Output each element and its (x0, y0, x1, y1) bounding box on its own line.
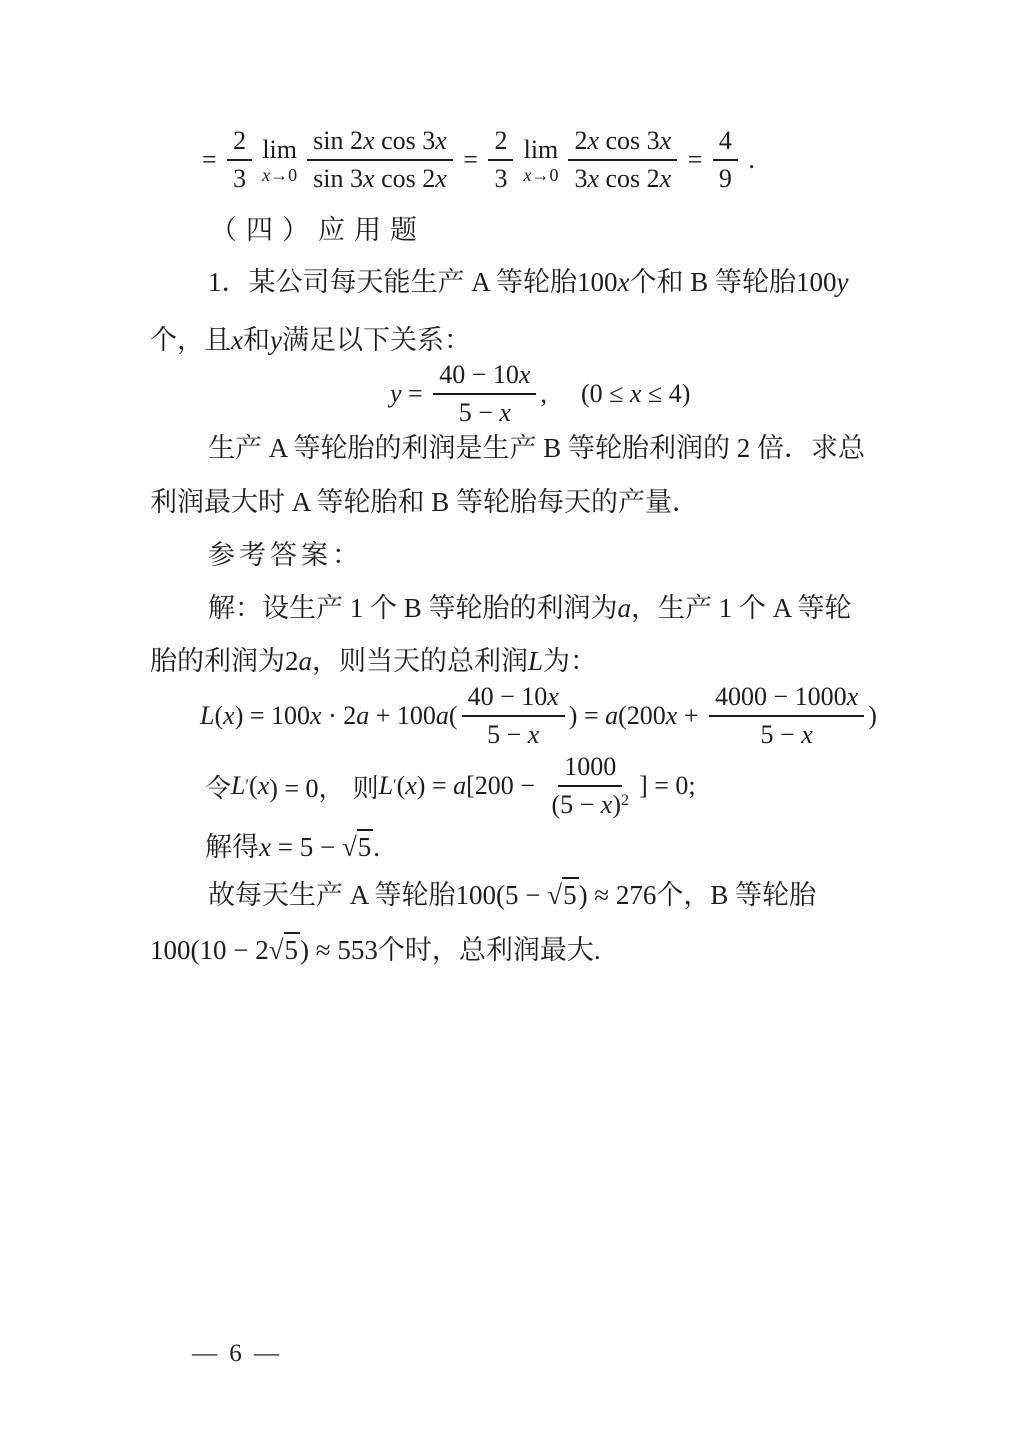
math-variable: a (618, 593, 632, 623)
math-text: 解得 (205, 832, 259, 862)
fraction: 2x cos 3x3x cos 2x (568, 126, 677, 194)
derivative-formula: 令L′(x) = 0，则L′(x) = a[200 − 1000(5 − x)2… (205, 752, 696, 820)
math-text: ) = 0， (269, 768, 344, 805)
math-text: ( (449, 701, 458, 731)
math-variable: L (231, 771, 245, 801)
limit-operator: limx→0 (523, 137, 558, 184)
math-variable: x (435, 164, 447, 193)
math-text: 个，且 (150, 325, 231, 355)
math-text: · 2 (322, 701, 357, 731)
math-text: 满足以下关系： (282, 325, 471, 355)
fraction-denominator: 5 − x (755, 717, 819, 750)
math-variable: x (801, 720, 813, 749)
math-variable: x (310, 701, 322, 731)
math-text: （四）应用题 (210, 215, 426, 245)
conclusion-line-2: 100(10 − 2√5) ≈ 553个时，总利润最大. (150, 930, 601, 970)
fraction-denominator: 9 (713, 161, 738, 194)
math-text: ( (249, 771, 258, 801)
math-text: sin 3 (313, 164, 363, 193)
profit-formula: L(x) = 100x · 2a + 100a(40 − 10x5 − x) =… (200, 682, 877, 750)
math-text: (200 (618, 701, 666, 731)
math-text: (0 ≤ (581, 379, 630, 409)
fraction-numerator: sin 2x cos 3x (307, 126, 453, 161)
answer-label: 参考答案： (208, 535, 363, 575)
math-text: 胎的利润为2 (150, 646, 299, 676)
square-root: √5 (269, 932, 300, 965)
math-variable: x (231, 325, 243, 355)
math-variable: y (837, 267, 849, 297)
document-page: = 23limx→0sin 2x cos 3xsin 3x cos 2x = 2… (0, 0, 1024, 1447)
math-variable: x (262, 165, 270, 185)
problem-line-1: 1．某公司每天能生产 A 等轮胎100x个和 B 等轮胎100y (208, 262, 849, 302)
problem-line-2: 个，且x和y满足以下关系： (150, 320, 471, 360)
math-variable: x (618, 267, 630, 297)
page-footer: — 6 — (155, 1312, 282, 1396)
math-variable: y (270, 325, 282, 355)
fraction: 1000(5 − x)2 (545, 752, 635, 820)
fraction-numerator: 2 (227, 126, 252, 161)
conclusion-line-1: 故每天生产 A 等轮胎100(5 − √5) ≈ 276个，B 等轮胎 (208, 875, 816, 915)
math-text: 为： (543, 646, 597, 676)
fraction-numerator: 2 (488, 126, 513, 161)
math-text: = (402, 379, 430, 409)
math-text: 1．某公司每天能生产 A 等轮胎100 (208, 267, 618, 297)
math-text: ，则当天的总利润 (312, 646, 528, 676)
math-text: ) ≈ 276个，B 等轮胎 (579, 880, 817, 910)
math-text: →0 (531, 165, 558, 185)
limit-word: lim (524, 137, 559, 163)
math-variable: x (587, 164, 599, 193)
math-text: , (540, 379, 547, 409)
math-text: cos 3 (599, 126, 660, 155)
fraction-denominator: 5 − x (453, 395, 517, 428)
math-text: + 100 (369, 701, 436, 731)
fraction-denominator: 3 (227, 161, 252, 194)
math-text: 5 − (761, 720, 802, 749)
fraction: 23 (488, 126, 513, 194)
solution-line-2: 胎的利润为2a，则当天的总利润L为： (150, 641, 597, 681)
math-text: ( (214, 701, 223, 731)
solution-line-1: 解：设生产 1 个 B 等轮胎的利润为a，生产 1 个 A 等轮 (208, 588, 852, 628)
math-text: ≤ 4) (641, 379, 690, 409)
limit-subscript: x→0 (262, 166, 297, 184)
math-variable: a (605, 701, 618, 731)
math-variable: x (528, 720, 540, 749)
math-text: 2 (574, 126, 587, 155)
math-text: ) (868, 701, 877, 731)
math-variable: x (519, 360, 531, 389)
superscript: 2 (621, 792, 629, 809)
math-variable: x (587, 126, 599, 155)
limit-word: lim (262, 137, 297, 163)
math-text: ( (397, 771, 406, 801)
math-text: 2 (494, 126, 507, 155)
math-variable: x (499, 398, 511, 427)
square-root: √5 (342, 829, 373, 862)
problem-line-4: 利润最大时 A 等轮胎和 B 等轮胎每天的产量． (150, 482, 699, 522)
math-text: 则 (353, 768, 379, 805)
square-root: √5 (547, 877, 578, 910)
fraction-numerator: 4000 − 1000x (709, 682, 864, 717)
math-text: 5 − (459, 398, 500, 427)
math-text: 参考答案： (208, 540, 363, 570)
math-text: cos 3 (375, 126, 436, 155)
math-text: 利润最大时 A 等轮胎和 B 等轮胎每天的产量． (150, 487, 699, 517)
math-variable: x (405, 771, 417, 801)
math-text: ) = (417, 771, 453, 801)
math-variable: a (436, 701, 449, 731)
math-variable: y (390, 379, 402, 409)
math-text: →0 (270, 165, 297, 185)
math-variable: x (666, 701, 678, 731)
radical-sign: √ (269, 935, 284, 965)
math-text: + (677, 701, 705, 731)
math-text: = (681, 145, 709, 175)
math-text: 9 (719, 164, 732, 193)
problem-line-3: 生产 A 等轮胎的利润是生产 B 等轮胎利润的 2 倍．求总 (208, 428, 865, 468)
math-text: 4 (719, 126, 732, 155)
fraction-denominator: sin 3x cos 2x (307, 161, 453, 194)
math-text: 4000 − 1000 (715, 682, 847, 711)
math-text: . (373, 832, 380, 862)
math-text: 1000 (564, 752, 616, 781)
math-variable: x (660, 126, 672, 155)
fraction-numerator: 4 (713, 126, 738, 161)
math-text: ) = (569, 701, 605, 731)
relation-formula: y = 40 − 10x5 − x,(0 ≤ x ≤ 4) (390, 360, 690, 428)
math-variable: L (528, 646, 543, 676)
math-variable: x (258, 771, 270, 801)
math-variable: x (601, 790, 613, 819)
math-text: = (457, 145, 485, 175)
math-variable: a (299, 646, 313, 676)
fraction-numerator: 40 − 10x (433, 360, 536, 395)
limit-equation: = 23limx→0sin 2x cos 3xsin 3x cos 2x = 2… (202, 126, 755, 194)
math-text: ) (612, 790, 621, 819)
math-variable: a (356, 701, 369, 731)
radicand: 5 (562, 877, 579, 910)
radicand: 5 (284, 932, 301, 965)
math-text: 和 (243, 325, 270, 355)
fraction-numerator: 1000 (558, 752, 622, 787)
math-text: ) = 100 (235, 701, 310, 731)
math-text: ) ≈ 553个时，总利润最大. (300, 935, 601, 965)
math-text: 故每天生产 A 等轮胎100(5 − (208, 880, 547, 910)
math-text: ] = 0; (639, 771, 696, 801)
fraction-denominator: 5 − x (481, 717, 545, 750)
page-content: = 23limx→0sin 2x cos 3xsin 3x cos 2x = 2… (150, 0, 900, 1447)
fraction: 40 − 10x5 − x (462, 682, 565, 750)
math-text: 个和 B 等轮胎100 (630, 267, 837, 297)
root-line: 解得x = 5 − √5. (205, 827, 380, 867)
math-text: = 5 − (271, 832, 342, 862)
fraction-denominator: 3 (488, 161, 513, 194)
math-variable: x (630, 379, 642, 409)
math-variable: x (223, 701, 235, 731)
math-text: sin 2 (313, 126, 363, 155)
math-text: 3 (233, 164, 246, 193)
math-text: 100(10 − 2 (150, 935, 269, 965)
math-text: 生产 A 等轮胎的利润是生产 B 等轮胎利润的 2 倍．求总 (208, 433, 865, 463)
math-variable: x (547, 682, 559, 711)
fraction-denominator: 3x cos 2x (568, 161, 677, 194)
math-text: 5 − (487, 720, 528, 749)
math-variable: x (660, 164, 672, 193)
math-variable: L (379, 771, 393, 801)
math-text: . (742, 145, 755, 175)
math-text: 令 (205, 768, 231, 805)
fraction: 4000 − 1000x5 − x (709, 682, 864, 750)
math-variable: x (363, 164, 375, 193)
radicand: 5 (357, 829, 374, 862)
math-text: cos 2 (375, 164, 436, 193)
math-text: [200 − (466, 771, 541, 801)
math-text: 3 (574, 164, 587, 193)
fraction-numerator: 40 − 10x (462, 682, 565, 717)
math-variable: x (435, 126, 447, 155)
fraction: 49 (713, 126, 738, 194)
math-variable: a (453, 771, 466, 801)
math-text: 3 (494, 164, 507, 193)
fraction: 40 − 10x5 − x (433, 360, 536, 428)
math-variable: L (200, 701, 214, 731)
fraction-numerator: 2x cos 3x (568, 126, 677, 161)
limit-operator: limx→0 (262, 137, 297, 184)
radical-sign: √ (547, 880, 562, 910)
fraction: sin 2x cos 3xsin 3x cos 2x (307, 126, 453, 194)
math-variable: x (847, 682, 859, 711)
math-variable: x (363, 126, 375, 155)
math-text: = (202, 145, 223, 175)
math-text: 2 (233, 126, 246, 155)
math-text: 40 − 10 (468, 682, 548, 711)
math-text: 解：设生产 1 个 B 等轮胎的利润为 (208, 593, 618, 623)
math-text: cos 2 (599, 164, 660, 193)
page-number: — 6 — (192, 1340, 282, 1367)
math-text: (5 − (551, 790, 600, 819)
radical-sign: √ (342, 832, 357, 862)
limit-subscript: x→0 (523, 166, 558, 184)
math-text: ，生产 1 个 A 等轮 (631, 593, 852, 623)
fraction: 23 (227, 126, 252, 194)
math-variable: x (259, 832, 271, 862)
fraction-denominator: (5 − x)2 (545, 787, 635, 820)
math-text: 40 − 10 (439, 360, 519, 389)
section-heading: （四）应用题 (210, 210, 426, 250)
